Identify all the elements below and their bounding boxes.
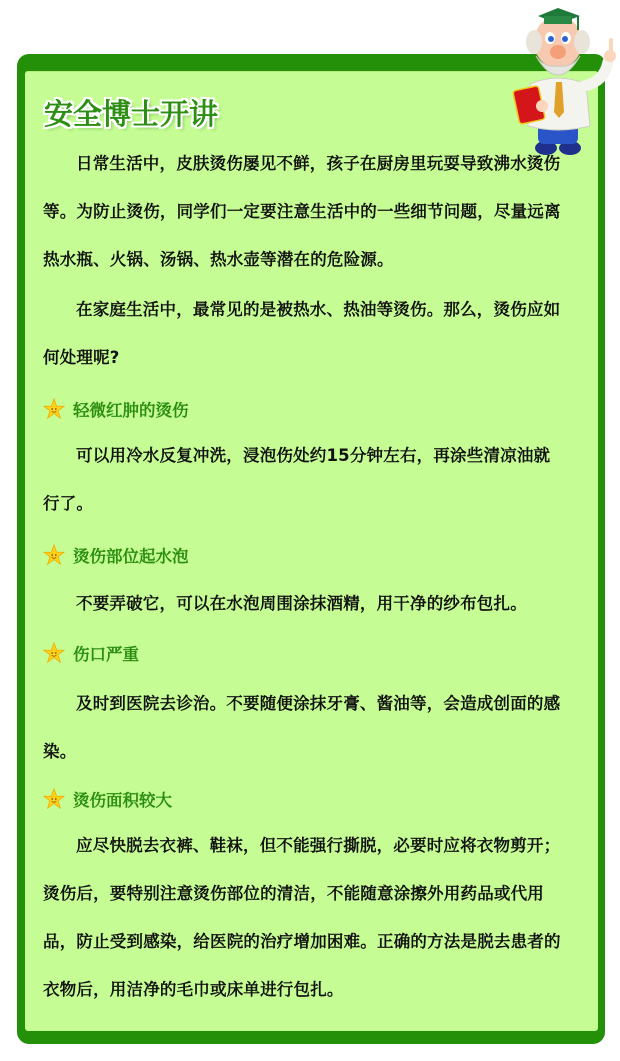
smiling-star-icon [43, 642, 65, 664]
smiling-star-icon [43, 398, 65, 420]
section-heading-text: 烫伤部位起水泡 [73, 543, 189, 567]
doctor-professor-mascot-icon [508, 2, 620, 157]
section-body-2: 不要弄破它，可以在水泡周围涂抹酒精，用干净的纱布包扎。 [43, 580, 563, 628]
section-heading-2: 烫伤部位起水泡 [43, 543, 189, 567]
section-body-3: 及时到医院去诊治。不要随便涂抹牙膏、酱油等，会造成创面的感染。 [43, 680, 563, 776]
section-heading-text: 烫伤面积较大 [73, 787, 172, 811]
page-title: 安全博士开讲 [44, 92, 218, 133]
section-heading-4: 烫伤面积较大 [43, 787, 172, 811]
section-body-1: 可以用冷水反复冲洗，浸泡伤处约15分钟左右，再涂些清凉油就行了。 [43, 432, 563, 528]
section-heading-1: 轻微红肿的烫伤 [43, 397, 189, 421]
section-heading-text: 伤口严重 [73, 641, 139, 665]
intro-paragraph-2: 在家庭生活中，最常见的是被热水、热油等烫伤。那么，烫伤应如何处理呢? [43, 286, 563, 382]
intro-paragraph-1: 日常生活中，皮肤烫伤屡见不鲜，孩子在厨房里玩耍导致沸水烫伤等。为防止烫伤，同学们… [43, 140, 563, 284]
section-heading-3: 伤口严重 [43, 641, 139, 665]
smiling-star-icon [43, 788, 65, 810]
section-heading-text: 轻微红肿的烫伤 [73, 397, 189, 421]
smiling-star-icon [43, 544, 65, 566]
section-body-4: 应尽快脱去衣裤、鞋袜，但不能强行撕脱，必要时应将衣物剪开；烫伤后，要特别注意烫伤… [43, 822, 563, 1014]
